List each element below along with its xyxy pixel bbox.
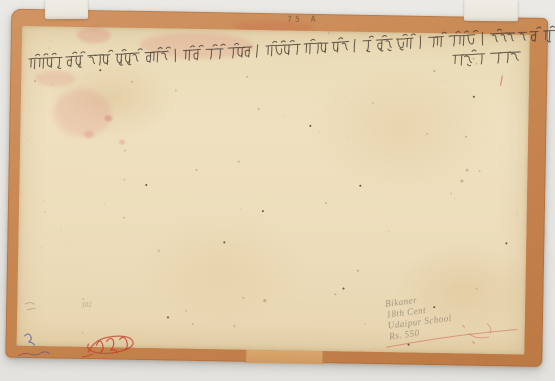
foxing-speck — [343, 287, 345, 289]
paper-verso: Bikaner 18th Cent Udaipur School Rs. 550… — [16, 26, 530, 355]
foxing-speck — [517, 214, 518, 215]
foxing-speck — [262, 210, 264, 212]
red-inventory-stamp — [82, 335, 133, 357]
foxing-speck — [233, 325, 236, 328]
foxing-speck — [359, 185, 361, 187]
foxing-speck — [131, 81, 133, 83]
foxing-speck — [124, 150, 126, 152]
foxing-speck — [389, 231, 390, 232]
pencil-annotations: Bikaner 18th Cent Udaipur School Rs. 550 — [385, 291, 454, 343]
foxing-speck — [445, 80, 446, 81]
foxing-speck — [473, 58, 475, 60]
foxing-speck — [158, 71, 159, 72]
foxing-speck — [123, 217, 125, 219]
pink-smudge — [53, 88, 112, 137]
foxing-speck — [238, 161, 240, 163]
foxing-speck — [41, 247, 42, 248]
foxing-speck — [328, 32, 330, 34]
foxing-speck — [240, 208, 241, 209]
blue-ink-mark — [18, 334, 49, 357]
foxing-speck — [169, 51, 170, 52]
pencil-number-note: 302 — [81, 301, 92, 310]
foxing-speck — [185, 310, 187, 312]
foxing-speck — [192, 323, 194, 325]
foxing-speck — [345, 96, 346, 97]
foxing-speck — [450, 192, 452, 194]
foxing-speck — [196, 169, 198, 171]
foxing-speck — [372, 102, 374, 104]
foxing-speck — [309, 125, 311, 127]
tape-strip-right — [464, 0, 518, 21]
foxing-speck — [357, 270, 359, 272]
foxing-speck — [99, 69, 101, 71]
foxing-speck — [157, 249, 160, 252]
foxing-speck — [460, 180, 463, 183]
foxing-speck — [242, 297, 244, 299]
foxing-speck — [505, 242, 507, 244]
inscription-line-2 — [453, 50, 520, 67]
foxing-speck — [433, 70, 435, 72]
foxing-speck — [145, 184, 147, 186]
foxing-speck — [246, 76, 248, 78]
foxing-speck — [82, 298, 84, 300]
foxing-speck — [34, 80, 36, 82]
foxing-speck — [183, 122, 184, 123]
foxing-speck — [52, 84, 53, 85]
foxing-speck — [348, 137, 349, 138]
foxing-speck — [223, 241, 225, 243]
foxing-speck — [123, 179, 125, 181]
foxing-speck — [82, 332, 84, 334]
foxing-speck — [285, 115, 286, 116]
foxing-speck — [408, 344, 410, 346]
pink-smudge — [119, 140, 125, 145]
foxing-speck — [104, 203, 105, 204]
pink-smudge — [77, 27, 111, 44]
foxing-speck — [479, 170, 481, 172]
foxing-speck — [27, 139, 28, 140]
foxing-layer — [16, 26, 530, 355]
foxing-speck — [68, 245, 69, 246]
pencil-scrawl-mark — [25, 302, 35, 310]
pink-smudge — [35, 70, 75, 87]
foxing-speck — [319, 132, 320, 133]
foxing-speck — [175, 90, 177, 92]
foxing-speck — [82, 125, 83, 126]
inscription-line-1 — [29, 17, 555, 78]
foxing-speck — [475, 63, 477, 65]
foxing-speck — [44, 211, 46, 213]
foxing-speck — [454, 198, 455, 199]
foxing-speck — [426, 133, 428, 135]
foxing-speck — [263, 299, 266, 302]
foxing-speck — [334, 293, 336, 295]
foxing-speck — [473, 96, 475, 98]
mount-board: 75 A Bikaner 18th Cent — [5, 9, 548, 367]
foxing-speck — [465, 136, 467, 138]
pink-smudge — [84, 131, 94, 138]
foxing-speck — [364, 323, 366, 325]
foxing-speck — [466, 169, 469, 172]
pink-smudge — [104, 115, 112, 121]
foxing-speck — [258, 108, 260, 110]
foxing-speck — [44, 200, 45, 201]
foxing-speck — [48, 47, 50, 49]
pink-smudge — [140, 32, 255, 60]
border-inventory-code: 75 A — [287, 15, 318, 24]
foxing-speck — [242, 294, 243, 295]
foxing-speck — [476, 288, 478, 290]
ink-layer — [16, 26, 530, 375]
foxing-speck — [60, 230, 61, 231]
foxing-speck — [325, 202, 327, 204]
photograph-backdrop: 75 A Bikaner 18th Cent — [0, 0, 555, 381]
tape-strip-left — [45, 0, 88, 19]
foxing-speck — [158, 133, 159, 134]
foxing-speck — [167, 316, 169, 318]
bottom-tab — [245, 349, 323, 364]
